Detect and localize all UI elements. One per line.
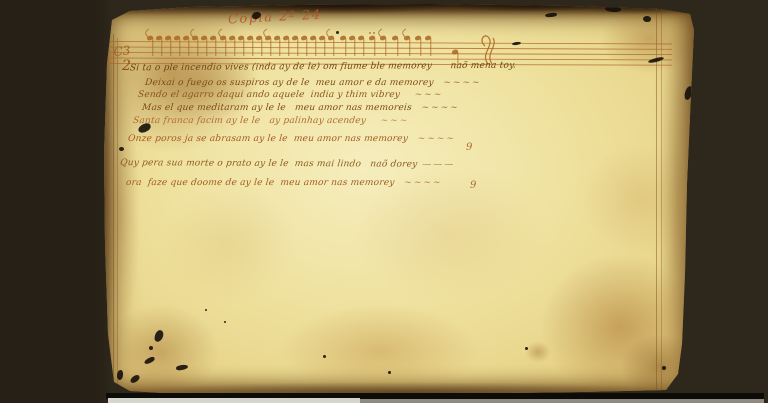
manuscript-page: Copla 2º 24 C3 ♭ Si ta o ple incendio vi… [100,4,695,396]
ink-blot [512,41,521,45]
scan-bed-strip [108,398,360,403]
ink-blot [323,355,326,358]
ink-blot [224,321,226,323]
ink-blot [154,329,165,343]
ink-blot [662,366,666,370]
ink-blot [545,12,557,17]
ink-blot [251,11,261,19]
ink-blot [605,6,621,13]
ink-blot [149,346,153,350]
ink-blot [648,56,664,63]
ink-blot [137,122,152,134]
ink-blot [643,16,651,22]
ink-blot [336,31,339,34]
ink-blot [129,374,141,384]
ink-blot [113,384,120,389]
ink-blot [176,364,189,371]
ink-blot [388,371,391,374]
scan-bed-strip [360,399,764,403]
ink-blot [683,85,693,100]
ink-blot-layer [100,4,695,396]
ink-blot [525,347,528,350]
ink-blot [117,370,124,380]
ink-blot [119,147,124,151]
photo-background: Copla 2º 24 C3 ♭ Si ta o ple incendio vi… [0,0,768,403]
ink-blot [205,309,207,311]
ink-blot [143,356,155,365]
